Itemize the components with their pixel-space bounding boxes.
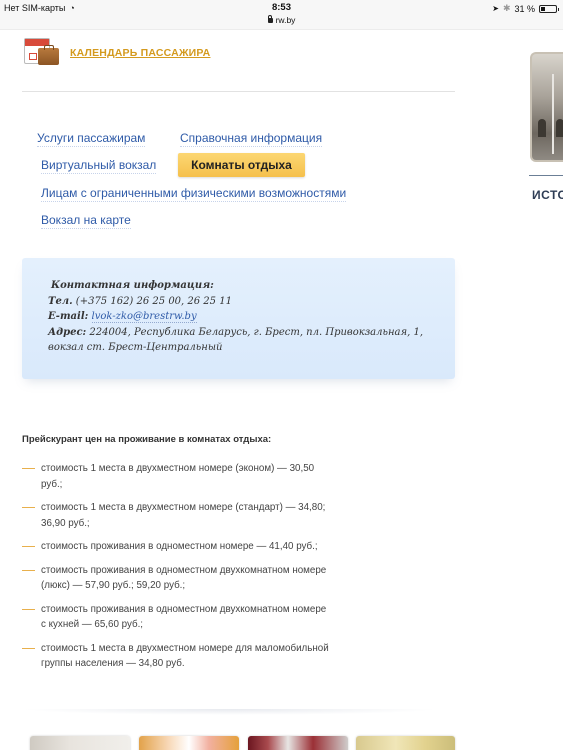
section-shadow xyxy=(20,709,440,715)
tower-shape xyxy=(552,74,554,154)
passenger-calendar-link[interactable]: КАЛЕНДАРЬ ПАССАЖИРА xyxy=(70,47,210,59)
nav-passenger-services[interactable]: Услуги пассажирам xyxy=(37,131,145,147)
dash-bullet-icon xyxy=(22,609,35,610)
dash-bullet-icon xyxy=(22,507,35,508)
price-text: стоимость проживания в одноместном двухк… xyxy=(41,604,326,631)
history-banner-title[interactable]: ИСТО xyxy=(532,188,563,202)
status-right: ➤ ✱ 31 % xyxy=(492,3,557,14)
contact-title: Контактная информация: xyxy=(51,278,455,294)
room-photo-thumbnail[interactable] xyxy=(30,736,130,750)
battery-icon xyxy=(539,5,557,13)
url-text: rw.by xyxy=(276,15,296,25)
room-photo-thumbnail[interactable] xyxy=(356,736,455,750)
address-line: Адрес: 224004, Республика Беларусь, г. Б… xyxy=(48,325,455,341)
calendar-row: КАЛЕНДАРЬ ПАССАЖИРА xyxy=(24,38,210,68)
lock-icon xyxy=(268,18,273,23)
price-text: стоимость проживания в одноместном двухк… xyxy=(41,565,326,592)
calendar-briefcase-icon[interactable] xyxy=(24,38,60,68)
briefcase-icon xyxy=(38,48,59,65)
location-icon: ➤ xyxy=(492,4,499,13)
price-text: стоимость проживания в одноместном номер… xyxy=(41,541,318,552)
address-label: Адрес: xyxy=(48,327,86,338)
clock: 8:53 xyxy=(0,2,563,13)
email-label: E-mail: xyxy=(48,311,88,322)
battery-text: 31 % xyxy=(514,4,535,14)
dash-bullet-icon xyxy=(22,648,35,649)
dash-bullet-icon xyxy=(22,570,35,571)
phone-line: Тел. (+375 162) 26 25 00, 26 25 11 xyxy=(48,294,455,310)
battery-fill xyxy=(541,7,545,11)
price-text: стоимость 1 места в двухместном номере д… xyxy=(41,643,329,670)
nav-rest-rooms-active[interactable]: Комнаты отдыха xyxy=(178,153,305,177)
arch-shape xyxy=(538,119,546,137)
dash-bullet-icon xyxy=(22,546,35,547)
arch-shape xyxy=(556,119,563,137)
banner-rule xyxy=(529,175,563,176)
nav-virtual-station[interactable]: Виртуальный вокзал xyxy=(41,158,156,174)
price-text: стоимость 1 места в двухместном номере (… xyxy=(41,463,314,490)
nav-accessibility[interactable]: Лицам с ограниченными физическими возмож… xyxy=(41,186,346,202)
price-list-title: Прейскурант цен на проживание в комнатах… xyxy=(22,434,271,445)
price-item: стоимость 1 места в двухместном номере (… xyxy=(22,461,332,492)
address-value-1: 224004, Республика Беларусь, г. Брест, п… xyxy=(89,327,423,338)
address-line-2: вокзал ст. Брест-Центральный xyxy=(48,340,455,356)
price-item: стоимость проживания в одноместном двухк… xyxy=(22,602,332,633)
history-banner-image[interactable] xyxy=(530,52,563,162)
price-item: стоимость проживания в одноместном номер… xyxy=(22,539,332,555)
price-item: стоимость 1 места в двухместном номере (… xyxy=(22,500,332,531)
dash-bullet-icon xyxy=(22,468,35,469)
price-item: стоимость 1 места в двухместном номере д… xyxy=(22,641,332,672)
status-center: 8:53 rw.by xyxy=(0,2,563,25)
price-list: стоимость 1 места в двухместном номере (… xyxy=(22,461,332,680)
price-item: стоимость проживания в одноместном двухк… xyxy=(22,563,332,594)
divider xyxy=(22,91,455,92)
contact-info-box: Контактная информация: Тел. (+375 162) 2… xyxy=(22,258,455,379)
phone-value: (+375 162) 26 25 00, 26 25 11 xyxy=(76,296,232,307)
nav-station-map[interactable]: Вокзал на карте xyxy=(41,213,131,229)
nav-reference-info[interactable]: Справочная информация xyxy=(180,131,322,147)
price-text: стоимость 1 места в двухместном номере (… xyxy=(41,502,325,529)
email-link[interactable]: lvok-zko@brestrw.by xyxy=(92,311,197,323)
address-bar[interactable]: rw.by xyxy=(268,15,296,25)
bluetooth-icon: ✱ xyxy=(503,3,511,14)
phone-label: Тел. xyxy=(48,296,73,307)
room-photo-thumbnail[interactable] xyxy=(139,736,239,750)
email-line: E-mail: lvok-zko@brestrw.by xyxy=(48,309,455,325)
room-photo-thumbnail[interactable] xyxy=(248,736,348,750)
status-bar: Нет SIM-карты ◔ 8:53 rw.by ➤ ✱ 31 % xyxy=(0,0,563,30)
